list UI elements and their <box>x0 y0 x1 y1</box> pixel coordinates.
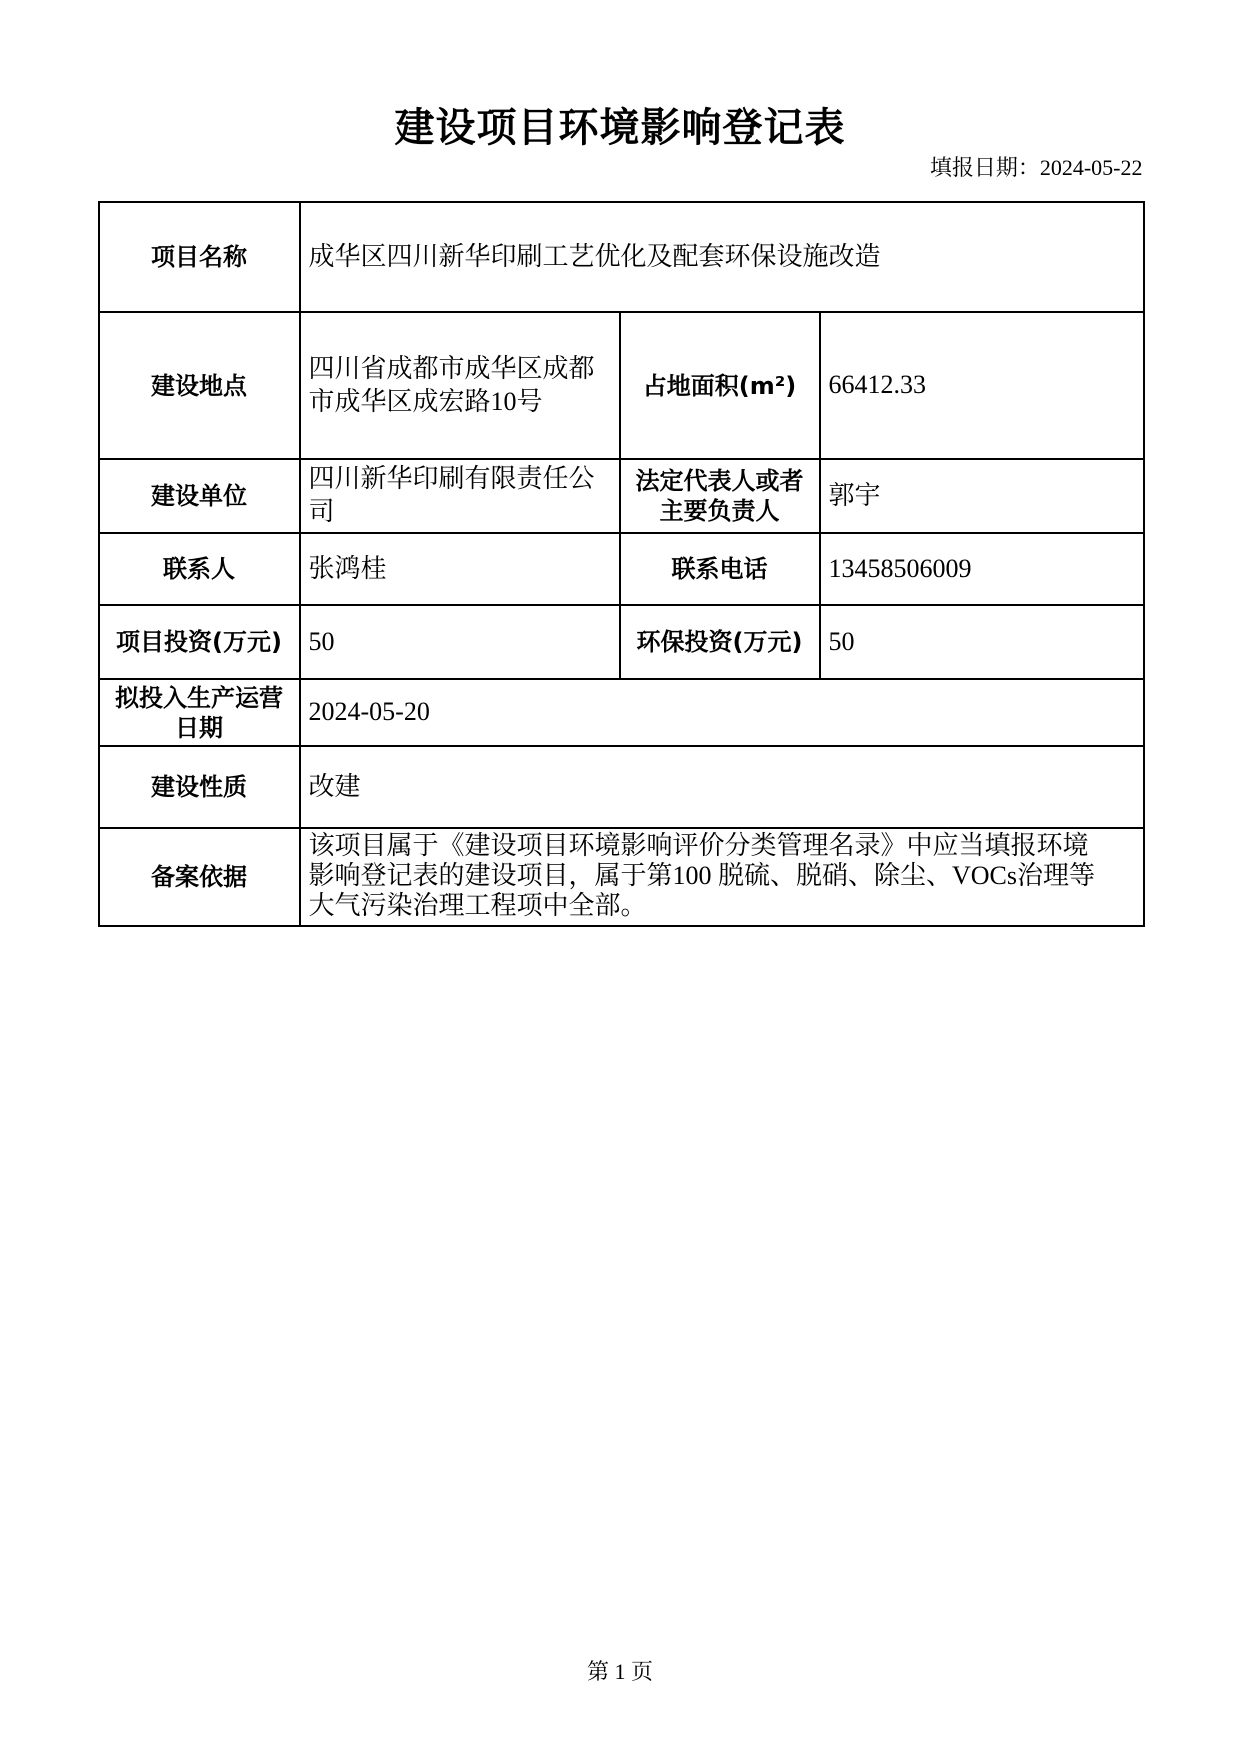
location-value: 四川省成都市成华区成都 市成华区成宏路10号 <box>300 312 620 459</box>
page-title: 建设项目环境影响登记表 <box>98 103 1143 153</box>
table-row-operation-date: 拟投入生产运营 日期 2024-05-20 <box>99 679 1144 746</box>
table-row-location-area: 建设地点 四川省成都市成华区成都 市成华区成宏路10号 占地面积(m²) 664… <box>99 312 1144 459</box>
registration-form-table: 项目名称 成华区四川新华印刷工艺优化及配套环保设施改造 建设地点 四川省成都市成… <box>98 201 1145 927</box>
operation-date-label: 拟投入生产运营 日期 <box>99 679 300 746</box>
filing-basis-label: 备案依据 <box>99 828 300 926</box>
land-area-label: 占地面积(m²) <box>620 312 820 459</box>
legal-representative-value: 郭宇 <box>820 459 1144 533</box>
contact-phone-value: 13458506009 <box>820 533 1144 605</box>
document-sheet: 建设项目环境影响登记表 填报日期：2024-05-22 项目名称 成华区四川新华… <box>98 103 1143 927</box>
project-name-value: 成华区四川新华印刷工艺优化及配套环保设施改造 <box>300 202 1144 312</box>
env-investment-value: 50 <box>820 605 1144 679</box>
page-number: 第 1 页 <box>0 1659 1240 1685</box>
operation-date-value: 2024-05-20 <box>300 679 1144 746</box>
contact-person-value: 张鸿桂 <box>300 533 620 605</box>
legal-representative-label: 法定代表人或者 主要负责人 <box>620 459 820 533</box>
table-row-construction-nature: 建设性质 改建 <box>99 746 1144 828</box>
construction-unit-label: 建设单位 <box>99 459 300 533</box>
table-row-investment: 项目投资(万元) 50 环保投资(万元) 50 <box>99 605 1144 679</box>
project-investment-label: 项目投资(万元) <box>99 605 300 679</box>
construction-nature-label: 建设性质 <box>99 746 300 828</box>
project-name-label: 项目名称 <box>99 202 300 312</box>
land-area-value: 66412.33 <box>820 312 1144 459</box>
filing-basis-value: 该项目属于《建设项目环境影响评价分类管理名录》中应当填报环境 影响登记表的建设项… <box>300 828 1144 926</box>
report-date: 填报日期：2024-05-22 <box>98 155 1143 181</box>
env-investment-label: 环保投资(万元) <box>620 605 820 679</box>
table-row-contact: 联系人 张鸿桂 联系电话 13458506009 <box>99 533 1144 605</box>
location-label: 建设地点 <box>99 312 300 459</box>
table-row-project-name: 项目名称 成华区四川新华印刷工艺优化及配套环保设施改造 <box>99 202 1144 312</box>
table-row-unit-legalrep: 建设单位 四川新华印刷有限责任公 司 法定代表人或者 主要负责人 郭宇 <box>99 459 1144 533</box>
table-row-filing-basis: 备案依据 该项目属于《建设项目环境影响评价分类管理名录》中应当填报环境 影响登记… <box>99 828 1144 926</box>
contact-phone-label: 联系电话 <box>620 533 820 605</box>
construction-nature-value: 改建 <box>300 746 1144 828</box>
construction-unit-value: 四川新华印刷有限责任公 司 <box>300 459 620 533</box>
project-investment-value: 50 <box>300 605 620 679</box>
contact-person-label: 联系人 <box>99 533 300 605</box>
